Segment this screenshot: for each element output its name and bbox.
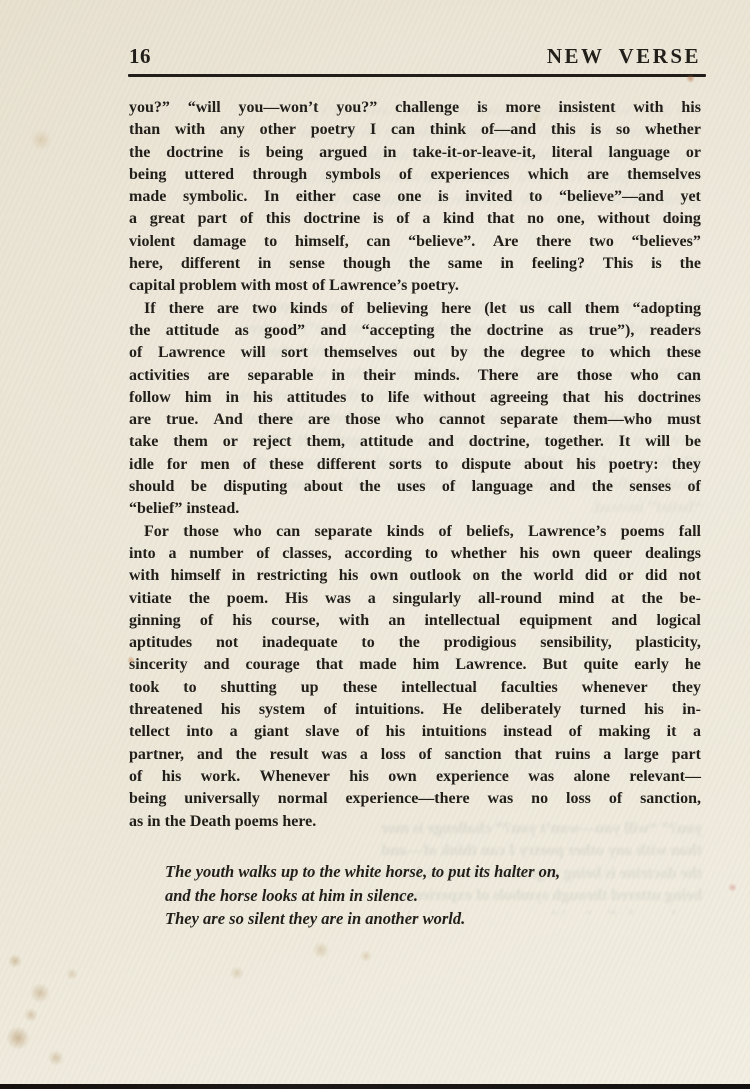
- text-line: Forthosewhocanseparatekindsofbeliefs,Law…: [129, 521, 701, 543]
- verse-line: They are so silent they are in another w…: [165, 907, 665, 931]
- paragraph: you?”“willyou—won’tyou?”challengeismorei…: [129, 97, 701, 298]
- text-line: ofhiswork.Wheneverhisownexperiencewasalo…: [129, 766, 701, 788]
- verse-line: The youth walks up to the white horse, t…: [165, 860, 665, 884]
- header-rule: [128, 74, 706, 77]
- text-line: sincerityandcouragethatmadehimLawrence.B…: [129, 654, 701, 676]
- paragraph: Iftherearetwokindsofbelievinghere(letusc…: [129, 298, 701, 521]
- text-line: madesymbolic.Ineithercaseoneisinvitedto“…: [129, 186, 701, 208]
- text-line: withhimselfinrestrictinghisownoutlookont…: [129, 565, 701, 587]
- text-line: theattitudeasgood”and“acceptingthedoctri…: [129, 320, 701, 342]
- text-line: takethemorrejectthem,attitudeanddoctrine…: [129, 431, 701, 453]
- scan-bottom-edge: [0, 1084, 750, 1089]
- paper-stain: [360, 950, 372, 962]
- text-line: ofLawrencewillsortthemselvesoutbythedegr…: [129, 342, 701, 364]
- paper-stain: [312, 942, 330, 958]
- text-line: shouldbedisputingabouttheusesoflanguagea…: [129, 476, 701, 498]
- text-line: “belief” instead.: [129, 498, 701, 520]
- text-line: you?”“willyou—won’tyou?”challengeismorei…: [129, 97, 701, 119]
- text-line: beinguniversallynormalexperience—therewa…: [129, 788, 701, 810]
- paper-stain: [728, 883, 737, 892]
- text-line: thanwithanyotherpoetryIcanthinkof—andthi…: [129, 119, 701, 141]
- verse-line: and the horse looks at him in silence.: [165, 884, 665, 908]
- text-line: violentdamagetohimself,can“believe”.Aret…: [129, 231, 701, 253]
- text-line: intoanumberofclasses,accordingtowhetherh…: [129, 543, 701, 565]
- text-line: followhiminhisattitudestolifewithoutagre…: [129, 387, 701, 409]
- paper-stain: [230, 966, 244, 980]
- text-line: tellectintoagiantslaveofhisintuitionsins…: [129, 721, 701, 743]
- paper-stain: [66, 968, 78, 980]
- text-line: aretrue.Andtherearethosewhocannotseparat…: [129, 409, 701, 431]
- paper-stain: [8, 954, 22, 968]
- text-line: aptitudesnotinadequatetotheprodigioussen…: [129, 632, 701, 654]
- text-line: Iftherearetwokindsofbelievinghere(letusc…: [129, 298, 701, 320]
- text-line: vitiatethepoem.Hiswasasingularlyall-roun…: [129, 588, 701, 610]
- paper-stain: [30, 130, 52, 150]
- verse-quote: The youth walks up to the white horse, t…: [165, 860, 665, 931]
- paper-stain: [48, 1050, 64, 1066]
- text-line: idleformenofthesedifferentsortstodispute…: [129, 454, 701, 476]
- paper-stain: [6, 1026, 30, 1050]
- page-number: 16: [129, 44, 151, 69]
- paper-stain: [24, 1008, 38, 1022]
- text-line: beingutteredthroughsymbolsofexperiencesw…: [129, 164, 701, 186]
- text-line: thedoctrineisbeingarguedintake-it-or-lea…: [129, 142, 701, 164]
- text-line: partner,andtheresultwasalossofsanctionth…: [129, 744, 701, 766]
- text-line: tooktoshuttinguptheseintellectualfaculti…: [129, 677, 701, 699]
- text-line: as in the Death poems here.: [129, 811, 701, 833]
- paragraph: Forthosewhocanseparatekindsofbeliefs,Law…: [129, 521, 701, 833]
- page-body: you?”“willyou—won’tyou?”challengeismorei…: [129, 97, 701, 833]
- text-line: capital problem with most of Lawrence’s …: [129, 275, 701, 297]
- journal-title: NEW VERSE: [547, 44, 701, 69]
- book-page: If there are two kinds of believing here…: [0, 0, 750, 1089]
- text-line: agreatpartofthisdoctrineisofakindthatnoo…: [129, 208, 701, 230]
- running-head: 16 NEW VERSE: [129, 44, 701, 69]
- text-line: activitiesareseparableintheirminds.There…: [129, 365, 701, 387]
- text-line: here,differentinsensethoughthesameinfeel…: [129, 253, 701, 275]
- text-line: ginningofhiscourse,withanintellectualequ…: [129, 610, 701, 632]
- paper-stain: [30, 983, 50, 1003]
- text-line: threatenedhissystemofintuitions.Hedelibe…: [129, 699, 701, 721]
